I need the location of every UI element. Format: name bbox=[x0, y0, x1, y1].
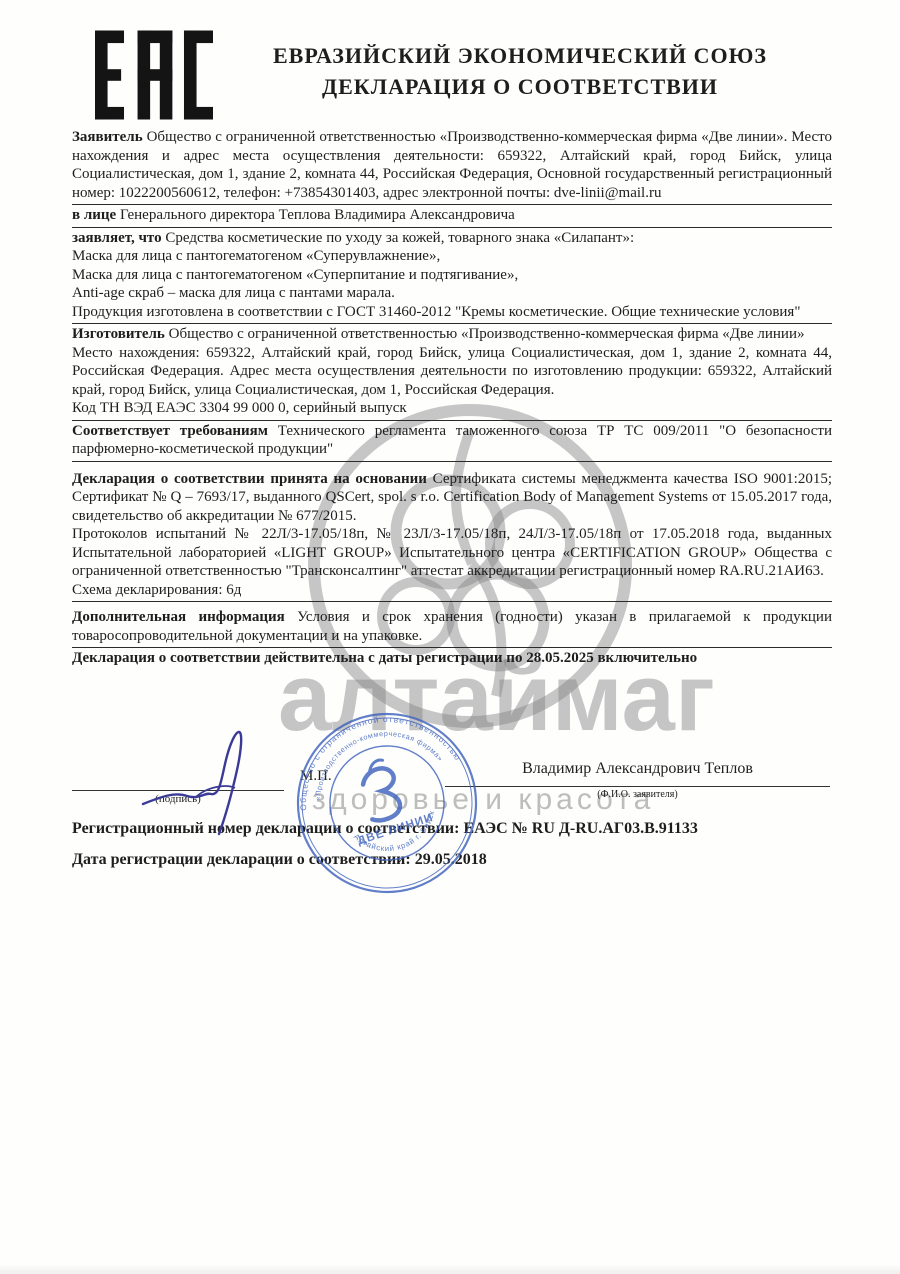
manufacturer-address: Место нахождения: 659322, Алтайский край… bbox=[72, 344, 832, 400]
section-complies: Соответствует требованиям Технического р… bbox=[72, 422, 832, 462]
section-declares: заявляет, что Средства косметические по … bbox=[72, 229, 832, 325]
section-in-person: в лице Генерального директора Теплова Вл… bbox=[72, 206, 832, 228]
declaration-scheme-line: Схема декларирования: 6д bbox=[72, 581, 832, 600]
name-caption: (Ф.И.О. заявителя) bbox=[445, 789, 830, 800]
applicant-full-name: Владимир Александрович Теплов bbox=[445, 760, 830, 778]
manufacturer-text: Общество с ограниченной ответственностью… bbox=[165, 326, 805, 342]
title-line-2: ДЕКЛАРАЦИЯ О СООТВЕТСТВИИ bbox=[215, 71, 825, 102]
handwritten-signature bbox=[135, 726, 315, 836]
complies-label: Соответствует требованиям bbox=[72, 423, 268, 439]
gost-line: Продукция изготовлена в соответствии с Г… bbox=[72, 303, 832, 322]
section-additional-info: Дополнительная информация Условия и срок… bbox=[72, 608, 832, 648]
tn-ved-code-line: Код ТН ВЭД ЕАЭС 3304 99 000 0, серийный … bbox=[72, 399, 832, 418]
validity-line: Декларация о соответствии действительна … bbox=[72, 649, 832, 668]
applicant-text: Общество с ограниченной ответственностью… bbox=[72, 129, 832, 201]
section-applicant: Заявитель Общество с ограниченной ответс… bbox=[72, 128, 832, 205]
manufacturer-label: Изготовитель bbox=[72, 326, 165, 342]
applicant-label: Заявитель bbox=[72, 129, 143, 145]
basis-label: Декларация о соответствии принята на осн… bbox=[72, 471, 427, 487]
title-line-1: ЕВРАЗИЙСКИЙ ЭКОНОМИЧЕСКИЙ СОЮЗ bbox=[215, 40, 825, 71]
document-body: Заявитель Общество с ограниченной ответс… bbox=[72, 128, 832, 668]
eac-mark-icon bbox=[95, 30, 213, 120]
product-line: Маска для лица с пантогематогеном «Супер… bbox=[72, 247, 832, 266]
stamp-logo-glyph bbox=[358, 765, 405, 823]
name-line bbox=[445, 786, 830, 787]
section-basis: Декларация о соответствии принята на осн… bbox=[72, 470, 832, 603]
scanned-declaration-page: алтаймаг здоровье и красота ЕВРАЗИЙСКИЙ … bbox=[0, 0, 900, 1274]
declares-intro: Средства косметические по уходу за кожей… bbox=[162, 230, 635, 246]
page-edge-shadow bbox=[0, 1264, 900, 1274]
in-person-text: Генерального директора Теплова Владимира… bbox=[116, 207, 515, 223]
product-line: Anti-age скраб – маска для лица с пантам… bbox=[72, 284, 832, 303]
additional-info-label: Дополнительная информация bbox=[72, 609, 285, 625]
in-person-label: в лице bbox=[72, 207, 116, 223]
section-manufacturer: Изготовитель Общество с ограниченной отв… bbox=[72, 325, 832, 421]
company-stamp: Общество с ограниченной ответственностью… bbox=[292, 708, 482, 898]
document-title: ЕВРАЗИЙСКИЙ ЭКОНОМИЧЕСКИЙ СОЮЗ ДЕКЛАРАЦИ… bbox=[215, 40, 825, 102]
declares-label: заявляет, что bbox=[72, 230, 162, 246]
basis-protocols: Протоколов испытаний № 22Л/3-17.05/18п, … bbox=[72, 525, 832, 581]
product-line: Маска для лица с пантогематогеном «Супер… bbox=[72, 266, 832, 285]
